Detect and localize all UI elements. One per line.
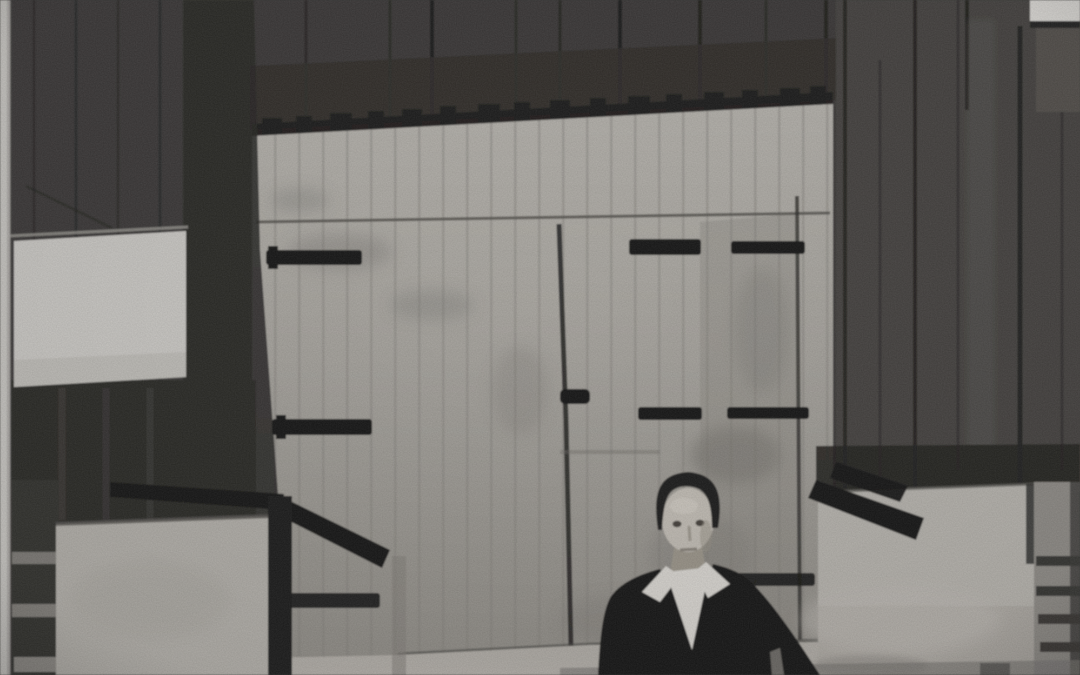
grain-light bbox=[0, 0, 1080, 675]
photo-canvas bbox=[0, 0, 1080, 675]
photograph bbox=[0, 0, 1080, 675]
